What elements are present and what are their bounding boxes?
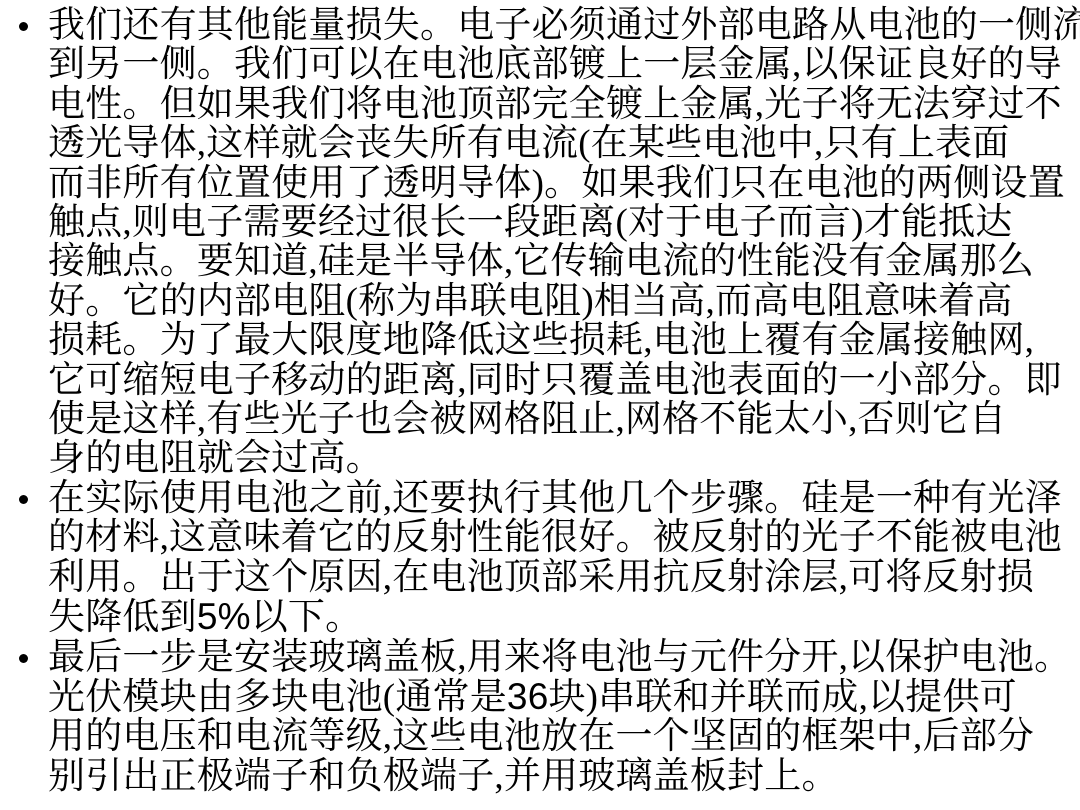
text-line: 我们还有其他能量损失。电子必须通过外部电路从电池的一侧流 [48,6,1080,45]
text-line: 它可缩短电子移动的距离,同时只覆盖电池表面的一小部分。即 [48,361,1080,400]
text-line: 接触点。要知道,硅是半导体,它传输电流的性能没有金属那么 [48,242,1080,281]
text-line: 触点,则电子需要经过很长一段距离(对于电子而言)才能抵达 [48,203,1080,242]
slide: 我们还有其他能量损失。电子必须通过外部电路从电池的一侧流 到另一侧。我们可以在电… [0,0,1080,810]
bullet-item-3: 最后一步是安装玻璃盖板,用来将电池与元件分开,以保护电池。 光伏模块由多块电池(… [0,638,1080,797]
text-line: 最后一步是安装玻璃盖板,用来将电池与元件分开,以保护电池。 [48,638,1080,677]
text-line: 别引出正极端子和负极端子,并用玻璃盖板封上。 [48,757,1080,796]
text-line: 电性。但如果我们将电池顶部完全镀上金属,光子将无法穿过不 [48,85,1080,124]
text-line: 好。它的内部电阻(称为串联电阻)相当高,而高电阻意味着高 [48,282,1080,321]
paragraph-antireflective-coating: 在实际使用电池之前,还要执行其他几个步骤。硅是一种有光泽 的材料,这意味着它的反… [48,479,1080,638]
text-line: 利用。出于这个原因,在电池顶部采用抗反射涂层,可将反射损 [48,558,1080,597]
text-line: 身的电阻就会过高。 [48,439,1080,478]
text-line: 而非所有位置使用了透明导体)。如果我们只在电池的两侧设置 [48,164,1080,203]
text-line: 失降低到5%以下。 [48,597,1080,637]
text-line: 透光导体,这样就会丧失所有电流(在某些电池中,只有上表面 [48,124,1080,163]
bullet-icon [19,654,28,663]
bullet-item-2: 在实际使用电池之前,还要执行其他几个步骤。硅是一种有光泽 的材料,这意味着它的反… [0,479,1080,638]
text-line: 用的电压和电流等级,这些电池放在一个坚固的框架中,后部分 [48,717,1080,756]
paragraph-energy-losses: 我们还有其他能量损失。电子必须通过外部电路从电池的一侧流 到另一侧。我们可以在电… [48,6,1080,479]
bullet-icon [19,22,28,31]
bullet-item-1: 我们还有其他能量损失。电子必须通过外部电路从电池的一侧流 到另一侧。我们可以在电… [0,6,1080,479]
text-line: 使是这样,有些光子也会被网格阻止,网格不能太小,否则它自 [48,400,1080,439]
paragraph-glass-cover: 最后一步是安装玻璃盖板,用来将电池与元件分开,以保护电池。 光伏模块由多块电池(… [48,638,1080,797]
text-line: 在实际使用电池之前,还要执行其他几个步骤。硅是一种有光泽 [48,479,1080,518]
bullet-icon [19,495,28,504]
text-line: 损耗。为了最大限度地降低这些损耗,电池上覆有金属接触网, [48,321,1080,360]
text-line: 光伏模块由多块电池(通常是36块)串联和并联而成,以提供可 [48,677,1080,717]
text-line: 到另一侧。我们可以在电池底部镀上一层金属,以保证良好的导 [48,45,1080,84]
text-line: 的材料,这意味着它的反射性能很好。被反射的光子不能被电池 [48,518,1080,557]
